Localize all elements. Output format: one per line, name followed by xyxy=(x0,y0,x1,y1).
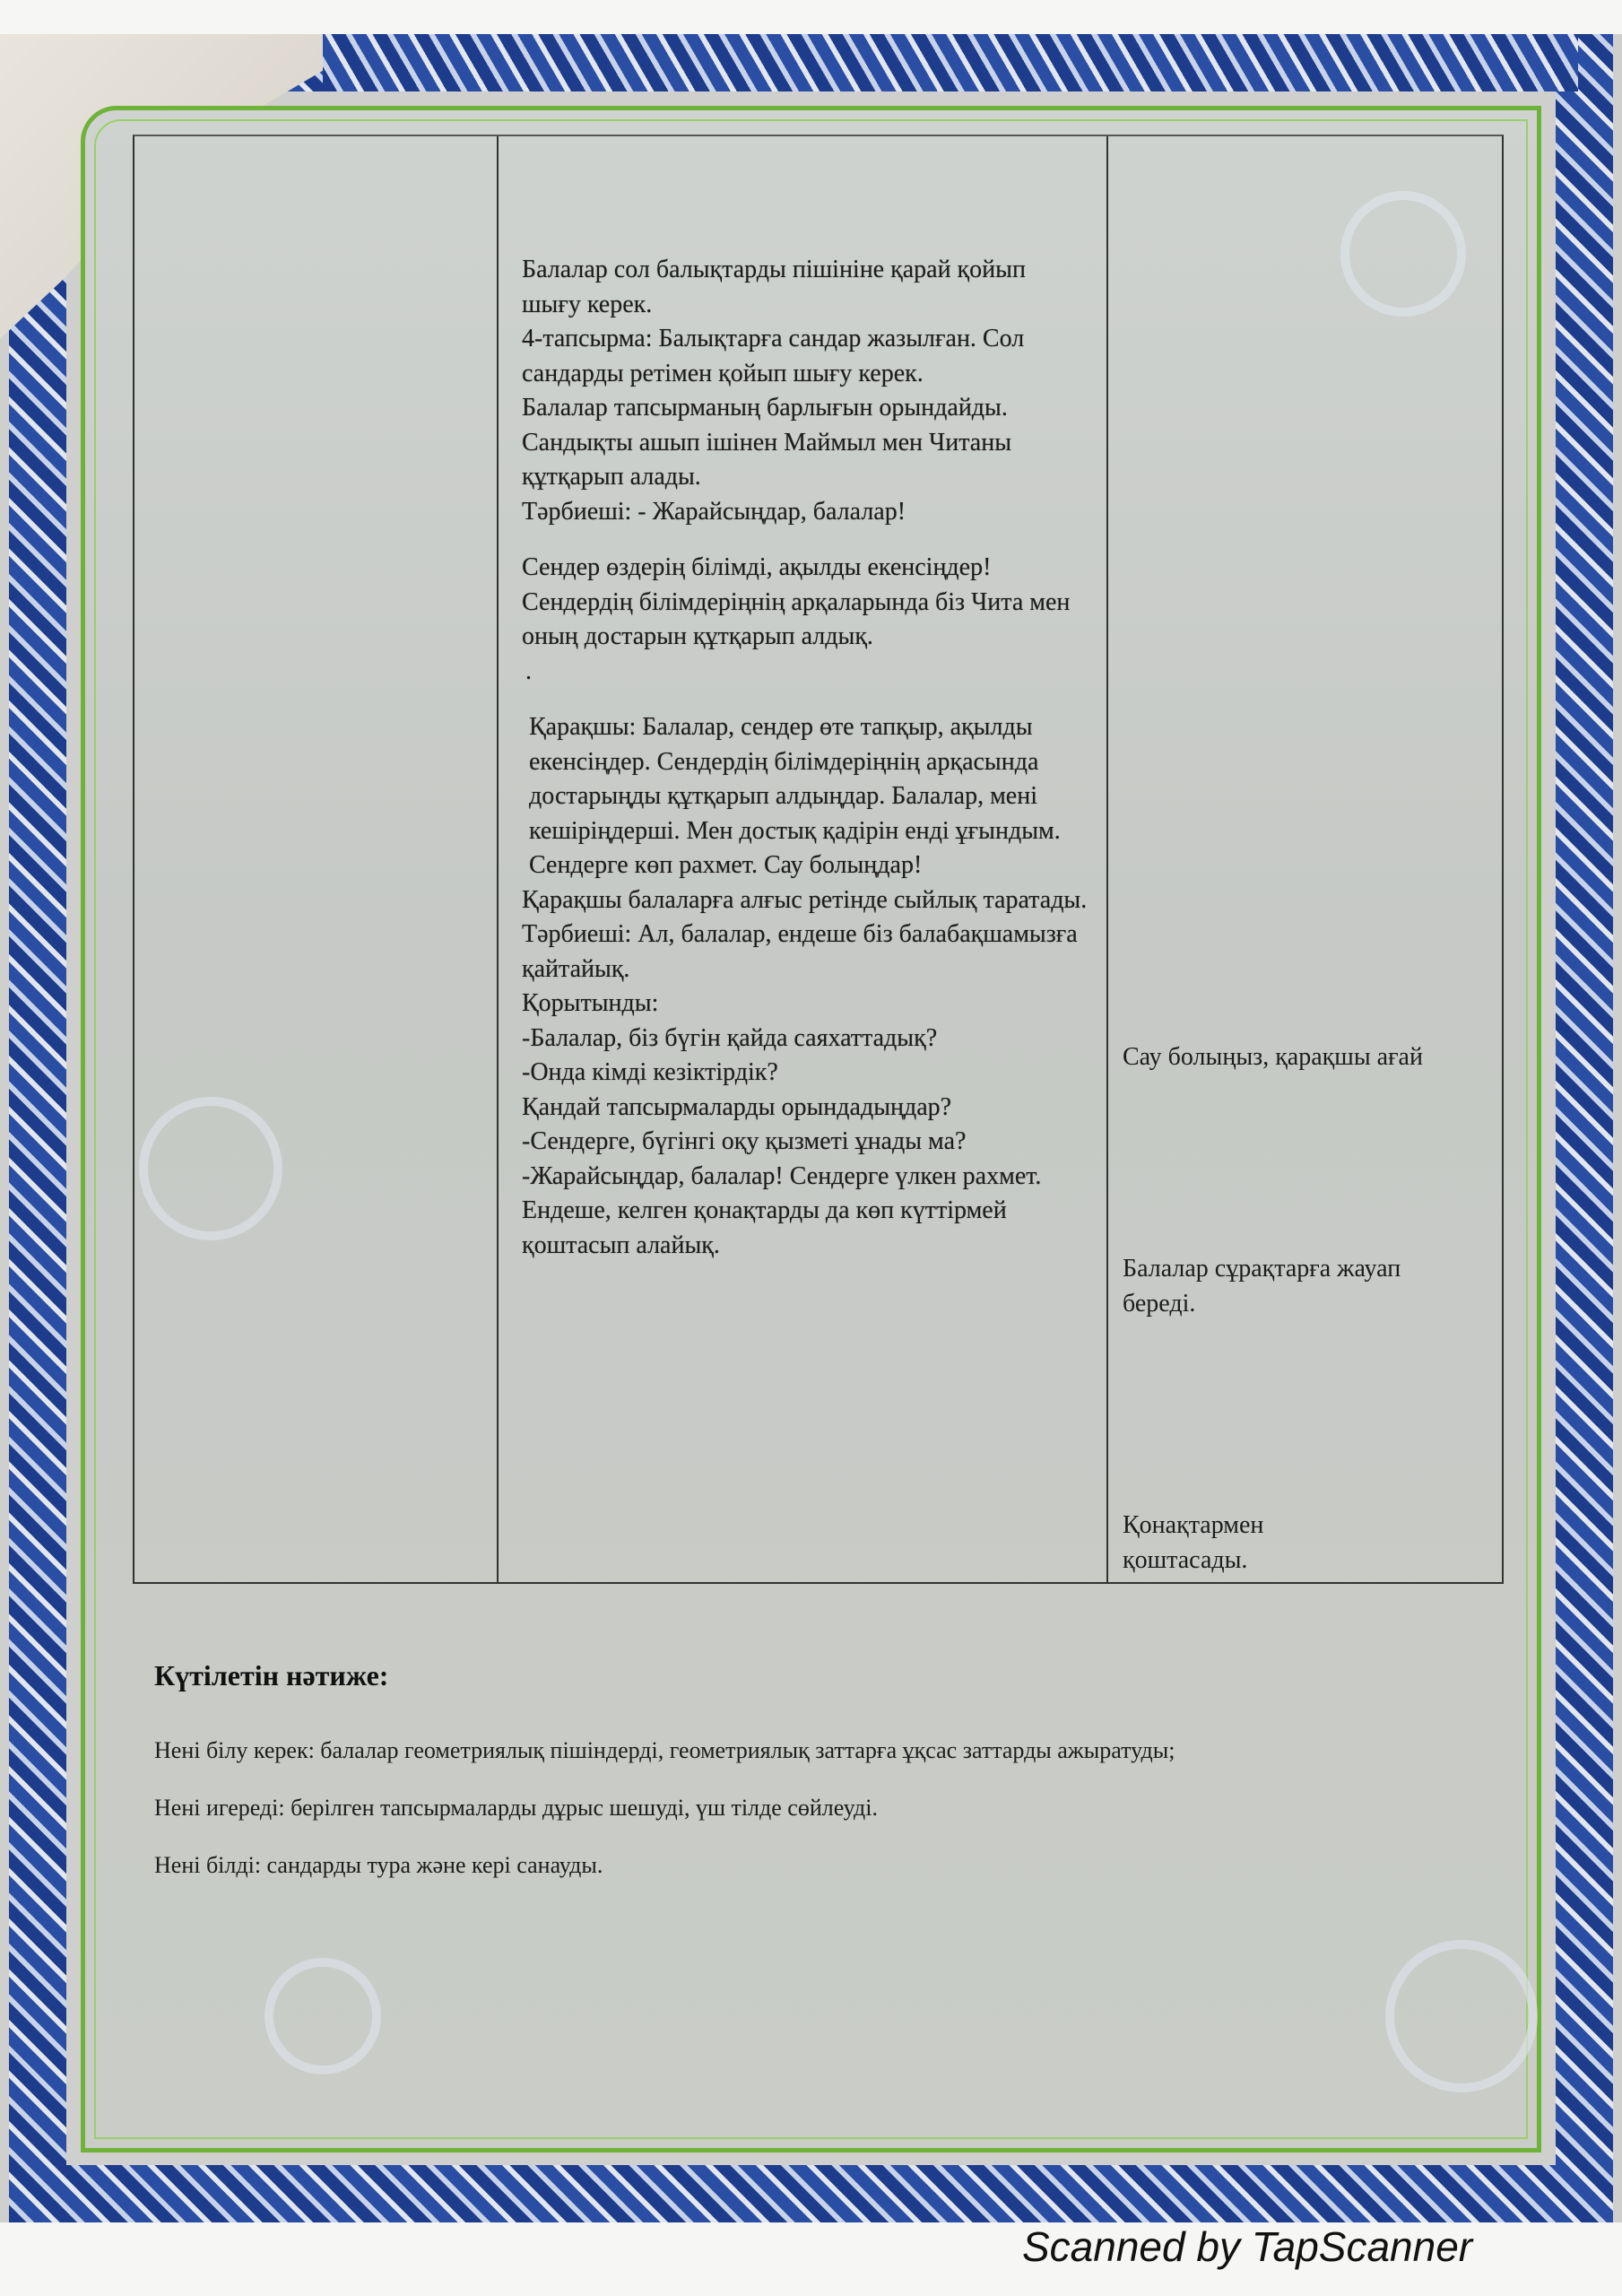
table-column-stage xyxy=(134,136,499,1582)
children-response: Балалар сұрақтарға жауап береді. xyxy=(1123,1252,1418,1321)
activity-text: -Онда кімді кезіктірдік? xyxy=(522,1056,1089,1091)
lesson-table: Балалар сол балықтарды пішініне қарай қо… xyxy=(133,135,1504,1584)
activity-text: Балалар тапсырманың барлығын орындайды. … xyxy=(522,391,1089,495)
decorative-swirl xyxy=(265,1958,381,2074)
table-column-children-activity: Сау болыңыз, қарақшы ағай Балалар сұрақт… xyxy=(1108,136,1502,1582)
results-heading: Күтілетін нәтиже: xyxy=(154,1659,1481,1692)
children-response: Сау болыңыз, қарақшы ағай xyxy=(1123,1040,1472,1075)
scanner-watermark: Scanned by TapScanner xyxy=(1022,2222,1472,2271)
decorative-swirl xyxy=(1385,1940,1538,2092)
result-item: Нені игереді: берілген тапсырмаларды дұр… xyxy=(154,1791,1481,1825)
activity-text: Қорытынды: xyxy=(522,987,1089,1022)
activity-text: Сендер өздерің білімді, ақылды екенсіңде… xyxy=(522,551,1089,655)
activity-text: -Балалар, біз бүгін қайда саяхаттадық? xyxy=(522,1022,1089,1057)
activity-text: Қандай тапсырмаларды орындадыңдар? xyxy=(522,1091,1089,1126)
activity-text: Қарақшы балаларға алғыс ретінде сыйлық т… xyxy=(522,883,1089,918)
activity-text: Тәрбиеші: Ал, балалар, ендеше біз балаба… xyxy=(522,918,1089,987)
activity-text: Тәрбиеші: - Жарайсыңдар, балалар! xyxy=(522,495,1089,530)
ornamental-border-top xyxy=(323,34,1578,91)
activity-text: Қарақшы: Балалар, сендер өте тапқыр, ақы… xyxy=(522,710,1089,883)
expected-results: Күтілетін нәтиже: Нені білу керек: балал… xyxy=(154,1659,1481,1906)
result-item: Нені білді: сандарды тура және кері сана… xyxy=(154,1848,1481,1883)
activity-text: Балалар сол балықтарды пішініне қарай қо… xyxy=(522,253,1089,322)
activity-text: -Сендерге, бүгінгі оқу қызметі ұнады ма? xyxy=(522,1125,1089,1160)
children-response: Қонақтармен қоштасады. xyxy=(1123,1509,1338,1578)
result-item: Нені білу керек: балалар геометриялық пі… xyxy=(154,1734,1481,1768)
activity-text: 4-тапсырма: Балықтарға сандар жазылған. … xyxy=(522,322,1089,391)
activity-text: -Жарайсыңдар, балалар! Сендерге үлкен ра… xyxy=(522,1160,1089,1264)
activity-text: . xyxy=(522,655,1089,690)
table-column-teacher-activity: Балалар сол балықтарды пішініне қарай қо… xyxy=(499,136,1108,1582)
